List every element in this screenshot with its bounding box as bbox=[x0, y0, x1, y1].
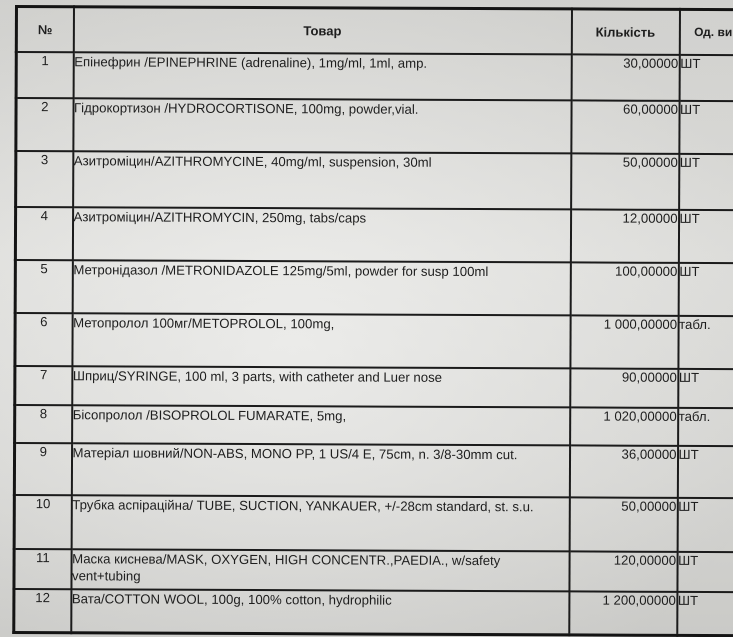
row-unit: ШТ bbox=[678, 209, 733, 262]
table-row: 12Вата/COTTON WOOL, 100g, 100% cotton, h… bbox=[14, 589, 733, 636]
row-quantity: 100,00000 bbox=[570, 262, 678, 315]
table-row: 3Азитроміцин/AZITHROMYCINE, 40mg/ml, sus… bbox=[16, 151, 733, 210]
table-row: 1Епінефрин /EPINEPHRINE (adrenaline), 1m… bbox=[16, 52, 733, 101]
row-number: 8 bbox=[15, 405, 72, 443]
row-quantity: 1 000,00000 bbox=[570, 315, 678, 368]
row-unit: ШТ bbox=[677, 445, 733, 497]
row-item-name: Маска киснева/MASK, OXYGEN, HIGH CONCENT… bbox=[71, 549, 569, 591]
row-number: 6 bbox=[15, 313, 72, 366]
row-unit: ШТ bbox=[678, 262, 733, 315]
table-row: 11Маска киснева/MASK, OXYGEN, HIGH CONCE… bbox=[14, 549, 733, 592]
row-unit: ШТ bbox=[677, 591, 733, 635]
row-item-name: Шприц/SYRINGE, 100 ml, 3 parts, with cat… bbox=[72, 366, 570, 407]
row-item-name: Азитроміцин/AZITHROMYCINE, 40mg/ml, susp… bbox=[73, 151, 571, 209]
row-item-name: Епінефрин /EPINEPHRINE (adrenaline), 1mg… bbox=[73, 52, 571, 100]
table-row: 8Бісопролол /BISOPROLOL FUMARATE, 5mg,1 … bbox=[15, 405, 733, 446]
row-quantity: 90,00000 bbox=[570, 368, 678, 407]
row-item-name: Бісопролол /BISOPROLOL FUMARATE, 5mg, bbox=[72, 405, 570, 445]
row-quantity: 1 020,00000 bbox=[570, 407, 678, 445]
row-quantity: 30,00000 bbox=[571, 54, 679, 100]
table-row: 5Метронідазол /METRONIDAZOLE 125mg/5ml, … bbox=[15, 260, 733, 316]
table-row: 4Азитроміцин/AZITHROMYCIN, 250mg, tabs/c… bbox=[15, 207, 733, 263]
header-number: № bbox=[16, 7, 73, 52]
row-number: 10 bbox=[14, 495, 71, 549]
table-row: 7Шприц/SYRINGE, 100 ml, 3 parts, with ca… bbox=[15, 366, 733, 408]
row-unit: ШТ bbox=[678, 368, 733, 407]
header-item: Товар bbox=[73, 7, 571, 54]
row-unit: ШТ bbox=[677, 497, 733, 551]
row-quantity: 1 200,00000 bbox=[569, 591, 677, 635]
row-unit: табл. bbox=[678, 315, 733, 368]
row-item-name: Метронідазол /METRONIDAZOLE 125mg/5ml, p… bbox=[72, 260, 570, 315]
table-row: 2Гідрокортизон /HYDROCORTISONE, 100mg, p… bbox=[16, 98, 733, 154]
row-item-name: Матеріал шовний/NON-ABS, MONO PP, 1 US/4… bbox=[71, 443, 569, 497]
row-unit: ШТ bbox=[679, 153, 733, 209]
row-quantity: 36,00000 bbox=[569, 445, 677, 497]
table-row: 6Метопролол 100мг/METOPROLOL, 100mg,1 00… bbox=[15, 313, 733, 369]
row-item-name: Трубка аспіраційна/ TUBE, SUCTION, YANKA… bbox=[71, 495, 569, 551]
table-body: 1Епінефрин /EPINEPHRINE (adrenaline), 1m… bbox=[14, 52, 733, 636]
table-header-row: № Товар Кількість Од. вим bbox=[16, 7, 733, 55]
row-number: 4 bbox=[15, 207, 72, 260]
row-unit: ШТ bbox=[679, 54, 733, 100]
row-item-name: Метопролол 100мг/METOPROLOL, 100mg, bbox=[72, 313, 570, 368]
row-number: 7 bbox=[15, 366, 72, 405]
row-quantity: 120,00000 bbox=[569, 551, 677, 591]
row-number: 2 bbox=[16, 98, 73, 151]
row-unit: ШТ bbox=[677, 551, 733, 591]
row-unit: ШТ bbox=[679, 100, 733, 153]
table-row: 9Матеріал шовний/NON-ABS, MONO PP, 1 US/… bbox=[14, 443, 733, 498]
row-quantity: 50,00000 bbox=[569, 497, 677, 551]
row-number: 3 bbox=[16, 151, 73, 207]
row-item-name: Азитроміцин/AZITHROMYCIN, 250mg, tabs/ca… bbox=[72, 207, 570, 262]
row-number: 9 bbox=[14, 443, 71, 495]
row-item-name: Вата/COTTON WOOL, 100g, 100% cotton, hyd… bbox=[71, 589, 569, 635]
row-number: 5 bbox=[15, 260, 72, 313]
row-number: 12 bbox=[14, 589, 71, 633]
row-quantity: 50,00000 bbox=[571, 153, 679, 209]
goods-table: № Товар Кількість Од. вим 1Епінефрин /EP… bbox=[12, 5, 733, 637]
row-item-name: Гідрокортизон /HYDROCORTISONE, 100mg, po… bbox=[73, 98, 571, 153]
row-number: 11 bbox=[14, 549, 71, 589]
table-row: 10Трубка аспіраційна/ TUBE, SUCTION, YAN… bbox=[14, 495, 733, 552]
row-quantity: 12,00000 bbox=[570, 209, 678, 262]
header-unit: Од. вим bbox=[679, 9, 733, 54]
row-unit: табл. bbox=[678, 407, 733, 445]
header-quantity: Кількість bbox=[571, 9, 679, 54]
row-number: 1 bbox=[16, 52, 73, 98]
row-quantity: 60,00000 bbox=[571, 100, 679, 153]
